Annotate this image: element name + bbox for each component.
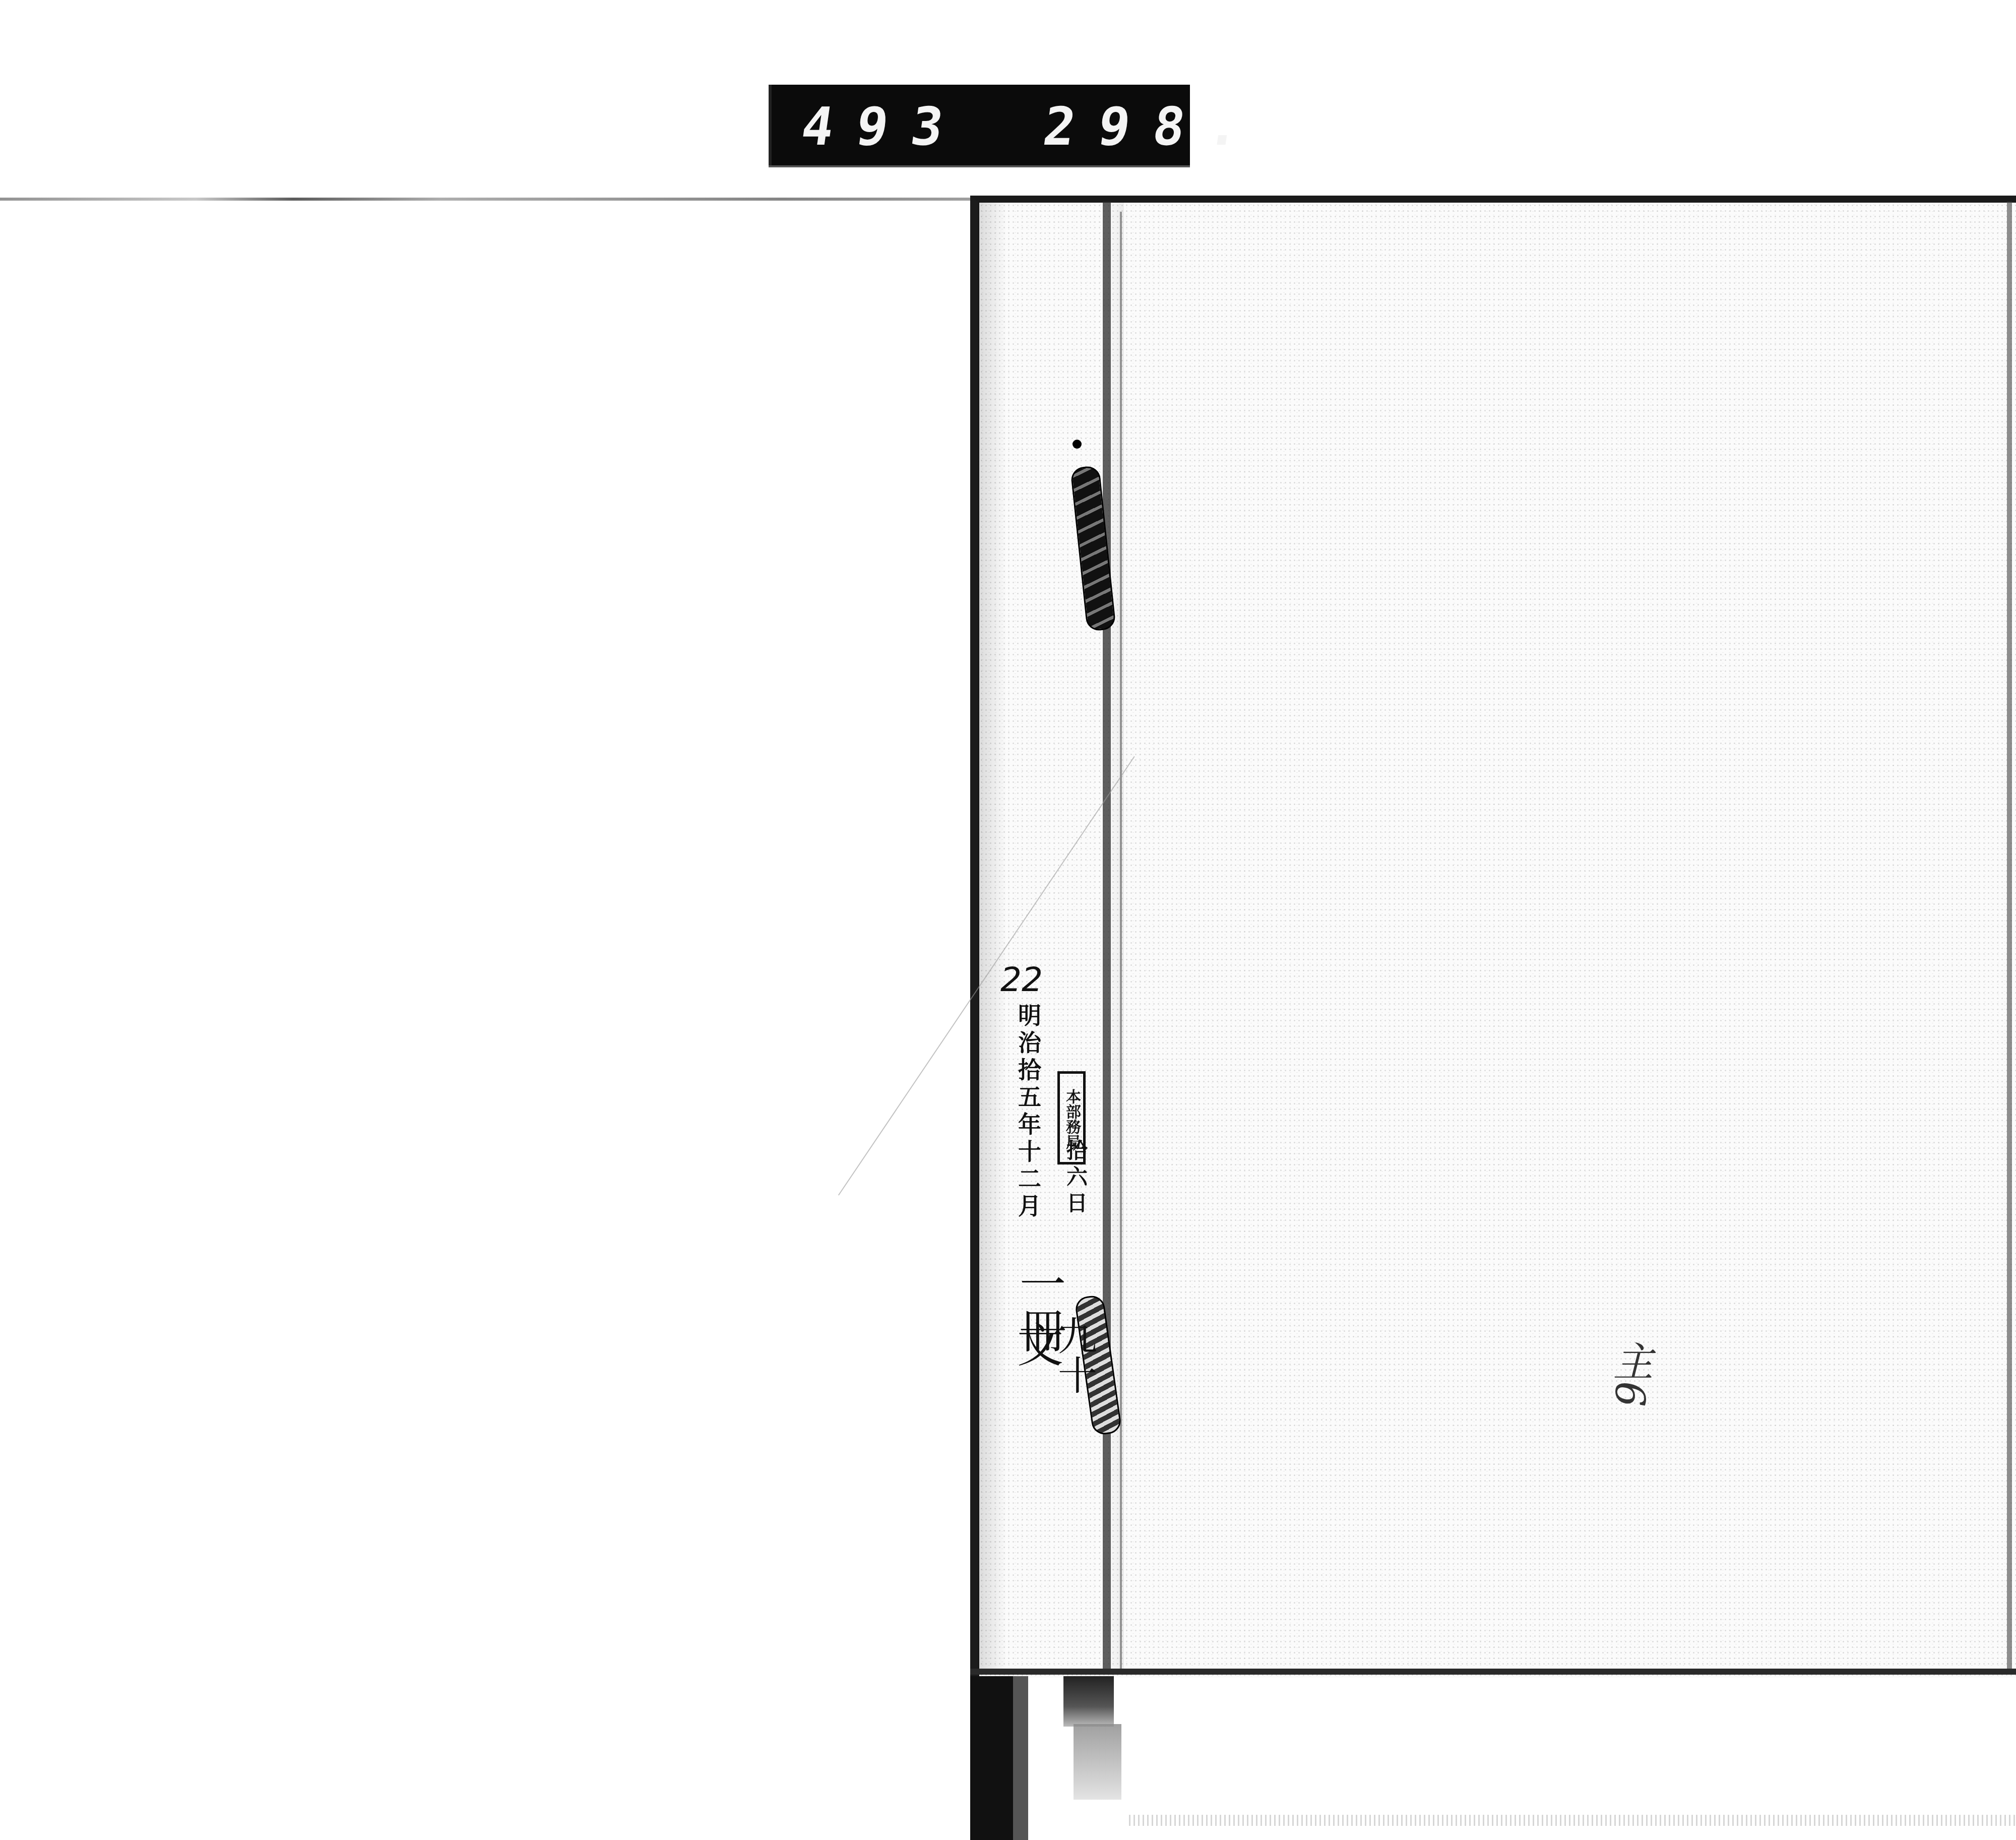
- document-cover: [970, 196, 2016, 1678]
- cover-handwritten-mark: 主6: [1605, 1341, 1654, 1407]
- binding-margin: [978, 202, 1124, 1669]
- binding-fold-line-inner: [1120, 212, 1122, 1669]
- binding-hole-icon: [1073, 440, 1082, 449]
- cover-right-edge: [2007, 202, 2012, 1674]
- film-shadow-mid: [1063, 1676, 1114, 1727]
- handwritten-note-b: 九十: [1046, 1316, 1102, 1394]
- counter-frame-number: 298.: [1039, 96, 1267, 157]
- film-shadow-left-inner: [1013, 1676, 1028, 1840]
- cover-bottom-edge: [970, 1669, 2016, 1675]
- counter-reel-number: 493: [797, 96, 970, 157]
- microfilm-frame-counter: 493 298.: [769, 85, 1190, 165]
- volume-number: 22: [1000, 960, 1043, 999]
- film-noise-strip: [1129, 1815, 2016, 1826]
- spine-date-text: 明治拾五年十二月: [1018, 1003, 1043, 1221]
- film-shadow-mid-lower: [1074, 1724, 1121, 1800]
- spine-date-day: 拾六日: [1061, 1139, 1090, 1218]
- binding-fold-line: [1103, 202, 1111, 1669]
- film-shadow-left: [970, 1676, 1016, 1840]
- scan-edge-line: [0, 198, 978, 201]
